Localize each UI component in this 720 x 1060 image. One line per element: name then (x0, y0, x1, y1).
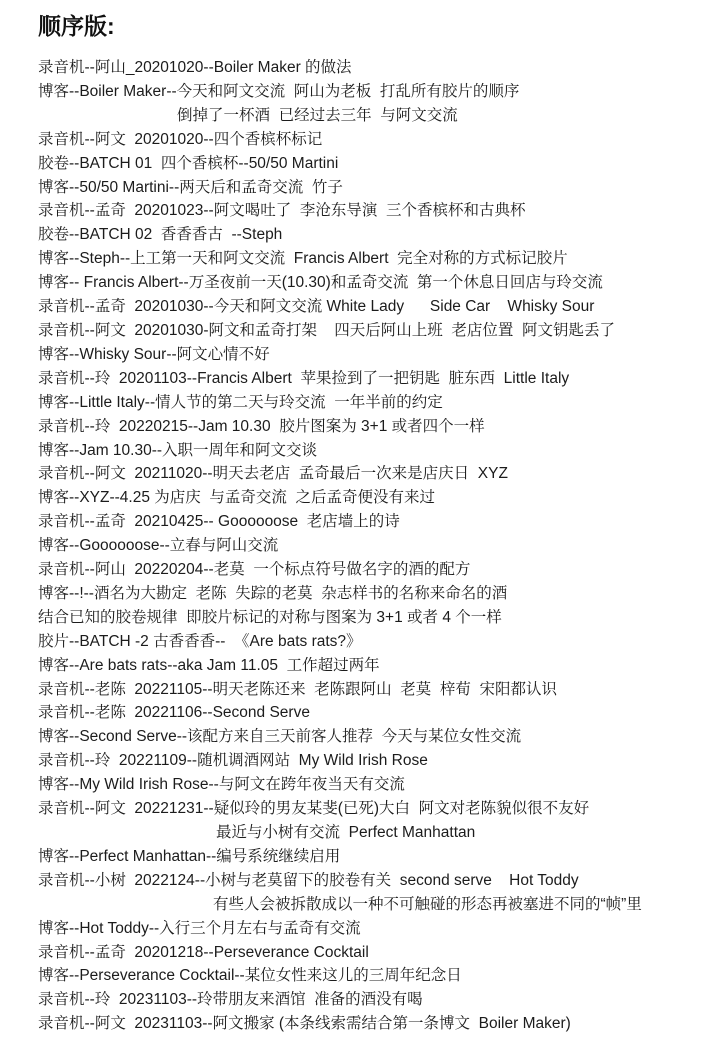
document-line: 有些人会被拆散成以一种不可触碰的形态再被塞进不同的“帧”里 (38, 893, 710, 917)
document-line: 录音机--阿山 20220204--老莫 一个标点符号做名字的酒的配方 (38, 558, 710, 582)
document-body: 录音机--阿山_20201020--Boiler Maker 的做法博客--Bo… (0, 56, 720, 1036)
document-line: 博客--Boiler Maker--今天和阿文交流 阿山为老板 打乱所有胶片的顺… (38, 80, 710, 104)
document-line: 最近与小树有交流 Perfect Manhattan (38, 821, 710, 845)
document-line: 结合已知的胶卷规律 即胶片标记的对称与图案为 3+1 或者 4 个一样 (38, 606, 710, 630)
document-line: 博客--My Wild Irish Rose--与阿文在跨年夜当天有交流 (38, 773, 710, 797)
document-line: 博客--Perfect Manhattan--编号系统继续启用 (38, 845, 710, 869)
document-line: 录音机--阿文 20201020--四个香槟杯标记 (38, 128, 710, 152)
document-line: 录音机--阿文 20231103--阿文搬家 (本条线索需结合第一条博文 Boi… (38, 1012, 710, 1036)
document-line: 录音机--阿文 20201030-阿文和孟奇打架 四天后阿山上班 老店位置 阿文… (38, 319, 710, 343)
document-line: 博客--Little Italy--情人节的第二天与玲交流 一年半前的约定 (38, 391, 710, 415)
document-line: 博客-- Francis Albert--万圣夜前一天(10.30)和孟奇交流 … (38, 271, 710, 295)
document-line: 录音机--小树 2022124--小树与老莫留下的胶卷有关 second ser… (38, 869, 710, 893)
document-line: 倒掉了一杯酒 已经过去三年 与阿文交流 (38, 104, 710, 128)
document-line: 胶片--BATCH -2 古香香香-- 《Are bats rats?》 (38, 630, 710, 654)
document-line: 录音机--阿文 20211020--明天去老店 孟奇最后一次来是店庆日 XYZ (38, 462, 710, 486)
document-line: 博客--Jam 10.30--入职一周年和阿文交谈 (38, 439, 710, 463)
document-line: 博客--Steph--上工第一天和阿文交流 Francis Albert 完全对… (38, 247, 710, 271)
document-line: 录音机--孟奇 20201030--今天和阿文交流 White Lady Sid… (38, 295, 710, 319)
document-line: 录音机--老陈 20221106--Second Serve (38, 701, 710, 725)
document-line: 录音机--孟奇 20210425-- Goooooose 老店墙上的诗 (38, 510, 710, 534)
document-line: 录音机--孟奇 20201218--Perseverance Cocktail (38, 941, 710, 965)
document-line: 录音机--玲 20201103--Francis Albert 苹果捡到了一把钥… (38, 367, 710, 391)
page-title: 顺序版: (0, 0, 720, 41)
document-line: 博客--XYZ--4.25 为店庆 与孟奇交流 之后孟奇便没有来过 (38, 486, 710, 510)
document-line: 胶卷--BATCH 01 四个香槟杯--50/50 Martini (38, 152, 710, 176)
document-line: 录音机--玲 20221109--随机调酒网站 My Wild Irish Ro… (38, 749, 710, 773)
document-line: 博客--Whisky Sour--阿文心情不好 (38, 343, 710, 367)
document-line: 录音机--孟奇 20201023--阿文喝吐了 李沧东导演 三个香槟杯和古典杯 (38, 199, 710, 223)
document-line: 录音机--玲 20231103--玲带朋友来酒馆 准备的酒没有喝 (38, 988, 710, 1012)
document-page: 顺序版: 录音机--阿山_20201020--Boiler Maker 的做法博… (0, 0, 720, 1060)
document-line: 博客--Are bats rats--aka Jam 11.05 工作超过两年 (38, 654, 710, 678)
document-line: 博客--!--酒名为大勘定 老陈 失踪的老莫 杂志样书的名称来命名的酒 (38, 582, 710, 606)
document-line: 录音机--阿山_20201020--Boiler Maker 的做法 (38, 56, 710, 80)
document-line: 博客--Perseverance Cocktail--某位女性来这儿的三周年纪念… (38, 964, 710, 988)
document-line: 博客--Second Serve--该配方来自三天前客人推荐 今天与某位女性交流 (38, 725, 710, 749)
document-line: 胶卷--BATCH 02 香香香古 --Steph (38, 223, 710, 247)
document-line: 录音机--玲 20220215--Jam 10.30 胶片图案为 3+1 或者四… (38, 415, 710, 439)
document-line: 博客--Hot Toddy--入行三个月左右与孟奇有交流 (38, 917, 710, 941)
document-line: 录音机--老陈 20221105--明天老陈还来 老陈跟阿山 老莫 梓荀 宋阳都… (38, 678, 710, 702)
document-line: 博客--Goooooose--立春与阿山交流 (38, 534, 710, 558)
document-line: 录音机--阿文 20221231--疑似玲的男友某斐(已死)大白 阿文对老陈貌似… (38, 797, 710, 821)
document-line: 博客--50/50 Martini--两天后和孟奇交流 竹子 (38, 176, 710, 200)
